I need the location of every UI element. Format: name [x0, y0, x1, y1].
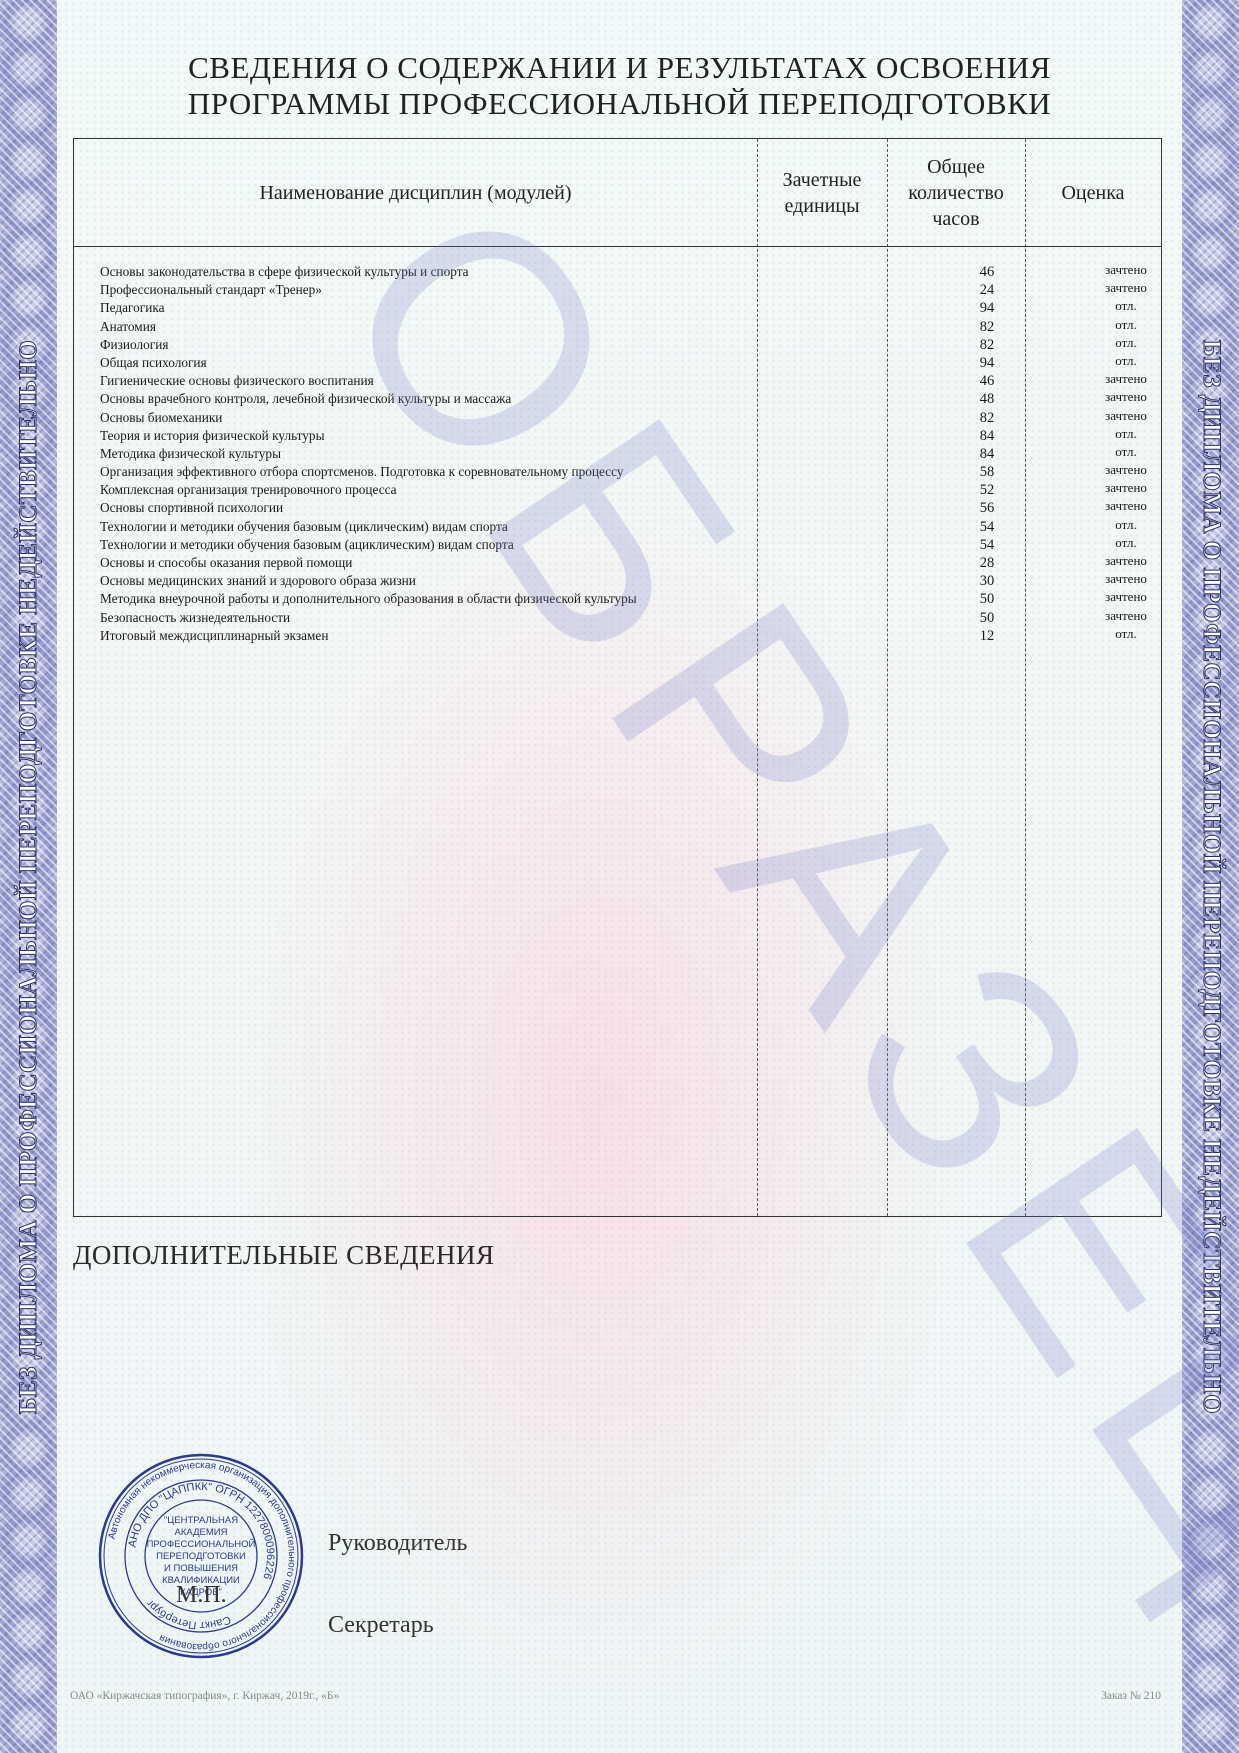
discipline-name: Основы врачебного контроля, лечебной физ… [100, 390, 511, 408]
discipline-grade: отл. [1076, 443, 1176, 461]
discipline-grade: зачтено [1076, 461, 1176, 479]
left-security-border: БЕЗ ДИПЛОМА О ПРОФЕССИОНАЛЬНОЙ ПЕРЕПОДГО… [0, 0, 57, 1753]
discipline-hours: 54 [962, 518, 1012, 536]
table-row: Основы биомеханики82зачтено [100, 409, 1160, 427]
table-row: Организация эффективного отбора спортсме… [100, 463, 1160, 481]
discipline-grade: зачтено [1076, 279, 1176, 297]
table-row: Общая психология94отл. [100, 354, 1160, 372]
discipline-grade: зачтено [1076, 588, 1176, 606]
discipline-grade: зачтено [1076, 570, 1176, 588]
discipline-grade: отл. [1076, 297, 1176, 315]
discipline-name: Теория и история физической культуры [100, 427, 325, 445]
order-number: Заказ № 210 [1101, 1690, 1161, 1702]
discipline-grade: отл. [1076, 334, 1176, 352]
discipline-hours: 30 [962, 572, 1012, 590]
secretary-signature-label: Секретарь [328, 1612, 434, 1639]
discipline-grade: отл. [1076, 352, 1176, 370]
discipline-grade: зачтено [1076, 388, 1176, 406]
discipline-hours: 46 [962, 372, 1012, 390]
table-row: Теория и история физической культуры84от… [100, 427, 1160, 445]
discipline-hours: 12 [962, 627, 1012, 645]
table-body: Основы законодательства в сфере физическ… [100, 263, 1160, 645]
discipline-name: Основы и способы оказания первой помощи [100, 554, 352, 572]
discipline-name: Комплексная организация тренировочного п… [100, 481, 397, 499]
discipline-hours: 50 [962, 590, 1012, 608]
discipline-name: Физиология [100, 336, 168, 354]
discipline-name: Организация эффективного отбора спортсме… [100, 463, 624, 481]
discipline-name: Технологии и методики обучения базовым (… [100, 518, 508, 536]
discipline-hours: 82 [962, 409, 1012, 427]
discipline-name: Педагогика [100, 299, 165, 317]
discipline-hours: 46 [962, 263, 1012, 281]
discipline-hours: 52 [962, 481, 1012, 499]
discipline-name: Основы медицинских знаний и здорового об… [100, 572, 416, 590]
discipline-name: Общая психология [100, 354, 207, 372]
discipline-hours: 94 [962, 354, 1012, 372]
discipline-hours: 50 [962, 609, 1012, 627]
discipline-hours: 28 [962, 554, 1012, 572]
table-row: Итоговый междисциплинарный экзамен12отл. [100, 627, 1160, 645]
border-validity-text: БЕЗ ДИПЛОМА О ПРОФЕССИОНАЛЬНОЙ ПЕРЕПОДГО… [15, 339, 43, 1413]
discipline-name: Основы биомеханики [100, 409, 222, 427]
header-grade: Оценка [1025, 139, 1161, 247]
table-row: Педагогика94отл. [100, 299, 1160, 317]
discipline-hours: 24 [962, 281, 1012, 299]
discipline-hours: 82 [962, 336, 1012, 354]
official-seal: Автономная некоммерческая организация до… [98, 1453, 304, 1659]
discipline-name: Технологии и методики обучения базовым (… [100, 536, 514, 554]
additional-info-title: ДОПОЛНИТЕЛЬНЫЕ СВЕДЕНИЯ [73, 1240, 495, 1271]
table-row: Профессиональный стандарт «Тренер»24зачт… [100, 281, 1160, 299]
table-row: Основы врачебного контроля, лечебной физ… [100, 390, 1160, 408]
header-credits: Зачетныеединицы [757, 139, 887, 247]
table-row: Методика физической культуры84отл. [100, 445, 1160, 463]
discipline-hours: 94 [962, 299, 1012, 317]
head-signature-label: Руководитель [328, 1530, 467, 1557]
discipline-grade: отл. [1076, 625, 1176, 643]
discipline-hours: 54 [962, 536, 1012, 554]
discipline-name: Безопасность жизнедеятельности [100, 609, 290, 627]
discipline-grade: отл. [1076, 516, 1176, 534]
discipline-hours: 84 [962, 427, 1012, 445]
table-row: Безопасность жизнедеятельности50зачтено [100, 609, 1160, 627]
discipline-name: Методика внеурочной работы и дополнитель… [100, 590, 637, 608]
discipline-name: Основы законодательства в сфере физическ… [100, 263, 469, 281]
table-row: Технологии и методики обучения базовым (… [100, 536, 1160, 554]
table-row: Основы спортивной психологии56зачтено [100, 499, 1160, 517]
discipline-name: Профессиональный стандарт «Тренер» [100, 281, 322, 299]
discipline-hours: 58 [962, 463, 1012, 481]
discipline-name: Методика физической культуры [100, 445, 281, 463]
table-row: Анатомия82отл. [100, 318, 1160, 336]
disciplines-table: Наименование дисциплин (модулей) Зачетны… [73, 138, 1162, 1217]
title-line-1: СВЕДЕНИЯ О СОДЕРЖАНИИ И РЕЗУЛЬТАТАХ ОСВО… [0, 50, 1239, 86]
table-row: Основы и способы оказания первой помощи2… [100, 554, 1160, 572]
table-row: Методика внеурочной работы и дополнитель… [100, 590, 1160, 608]
discipline-name: Анатомия [100, 318, 156, 336]
table-row: Гигиенические основы физического воспита… [100, 372, 1160, 390]
discipline-hours: 84 [962, 445, 1012, 463]
discipline-grade: зачтено [1076, 370, 1176, 388]
discipline-grade: зачтено [1076, 407, 1176, 425]
printer-imprint: ОАО «Киржачская типография», г. Киржач, … [70, 1690, 339, 1702]
discipline-grade: зачтено [1076, 497, 1176, 515]
discipline-grade: зачтено [1076, 261, 1176, 279]
page-title: СВЕДЕНИЯ О СОДЕРЖАНИИ И РЕЗУЛЬТАТАХ ОСВО… [0, 50, 1239, 122]
title-line-2: ПРОГРАММЫ ПРОФЕССИОНАЛЬНОЙ ПЕРЕПОДГОТОВК… [0, 86, 1239, 122]
border-validity-text: БЕЗ ДИПЛОМА О ПРОФЕССИОНАЛЬНОЙ ПЕРЕПОДГО… [1197, 339, 1225, 1413]
table-row: Технологии и методики обучения базовым (… [100, 518, 1160, 536]
svg-text:ПРОФЕССИОНАЛЬНОЙ: ПРОФЕССИОНАЛЬНОЙ [147, 1538, 256, 1550]
discipline-hours: 82 [962, 318, 1012, 336]
discipline-grade: зачтено [1076, 607, 1176, 625]
discipline-grade: отл. [1076, 316, 1176, 334]
discipline-name: Итоговый междисциплинарный экзамен [100, 627, 328, 645]
seal-place-label: М.П. [176, 1582, 227, 1609]
svg-text:АКАДЕМИЯ: АКАДЕМИЯ [175, 1527, 228, 1538]
discipline-grade: отл. [1076, 534, 1176, 552]
discipline-grade: зачтено [1076, 479, 1176, 497]
discipline-hours: 56 [962, 499, 1012, 517]
svg-text:ПЕРЕПОДГОТОВКИ: ПЕРЕПОДГОТОВКИ [156, 1551, 246, 1562]
svg-text:И ПОВЫШЕНИЯ: И ПОВЫШЕНИЯ [164, 1563, 238, 1574]
header-hours: Общееколичествочасов [887, 139, 1025, 247]
right-security-border: БЕЗ ДИПЛОМА О ПРОФЕССИОНАЛЬНОЙ ПЕРЕПОДГО… [1182, 0, 1239, 1753]
table-row: Основы медицинских знаний и здорового об… [100, 572, 1160, 590]
table-row: Физиология82отл. [100, 336, 1160, 354]
svg-text:"ЦЕНТРАЛЬНАЯ: "ЦЕНТРАЛЬНАЯ [164, 1515, 238, 1526]
table-row: Основы законодательства в сфере физическ… [100, 263, 1160, 281]
discipline-hours: 48 [962, 390, 1012, 408]
header-discipline: Наименование дисциплин (модулей) [74, 139, 757, 247]
discipline-name: Основы спортивной психологии [100, 499, 283, 517]
discipline-grade: отл. [1076, 425, 1176, 443]
discipline-grade: зачтено [1076, 552, 1176, 570]
table-row: Комплексная организация тренировочного п… [100, 481, 1160, 499]
discipline-name: Гигиенические основы физического воспита… [100, 372, 374, 390]
